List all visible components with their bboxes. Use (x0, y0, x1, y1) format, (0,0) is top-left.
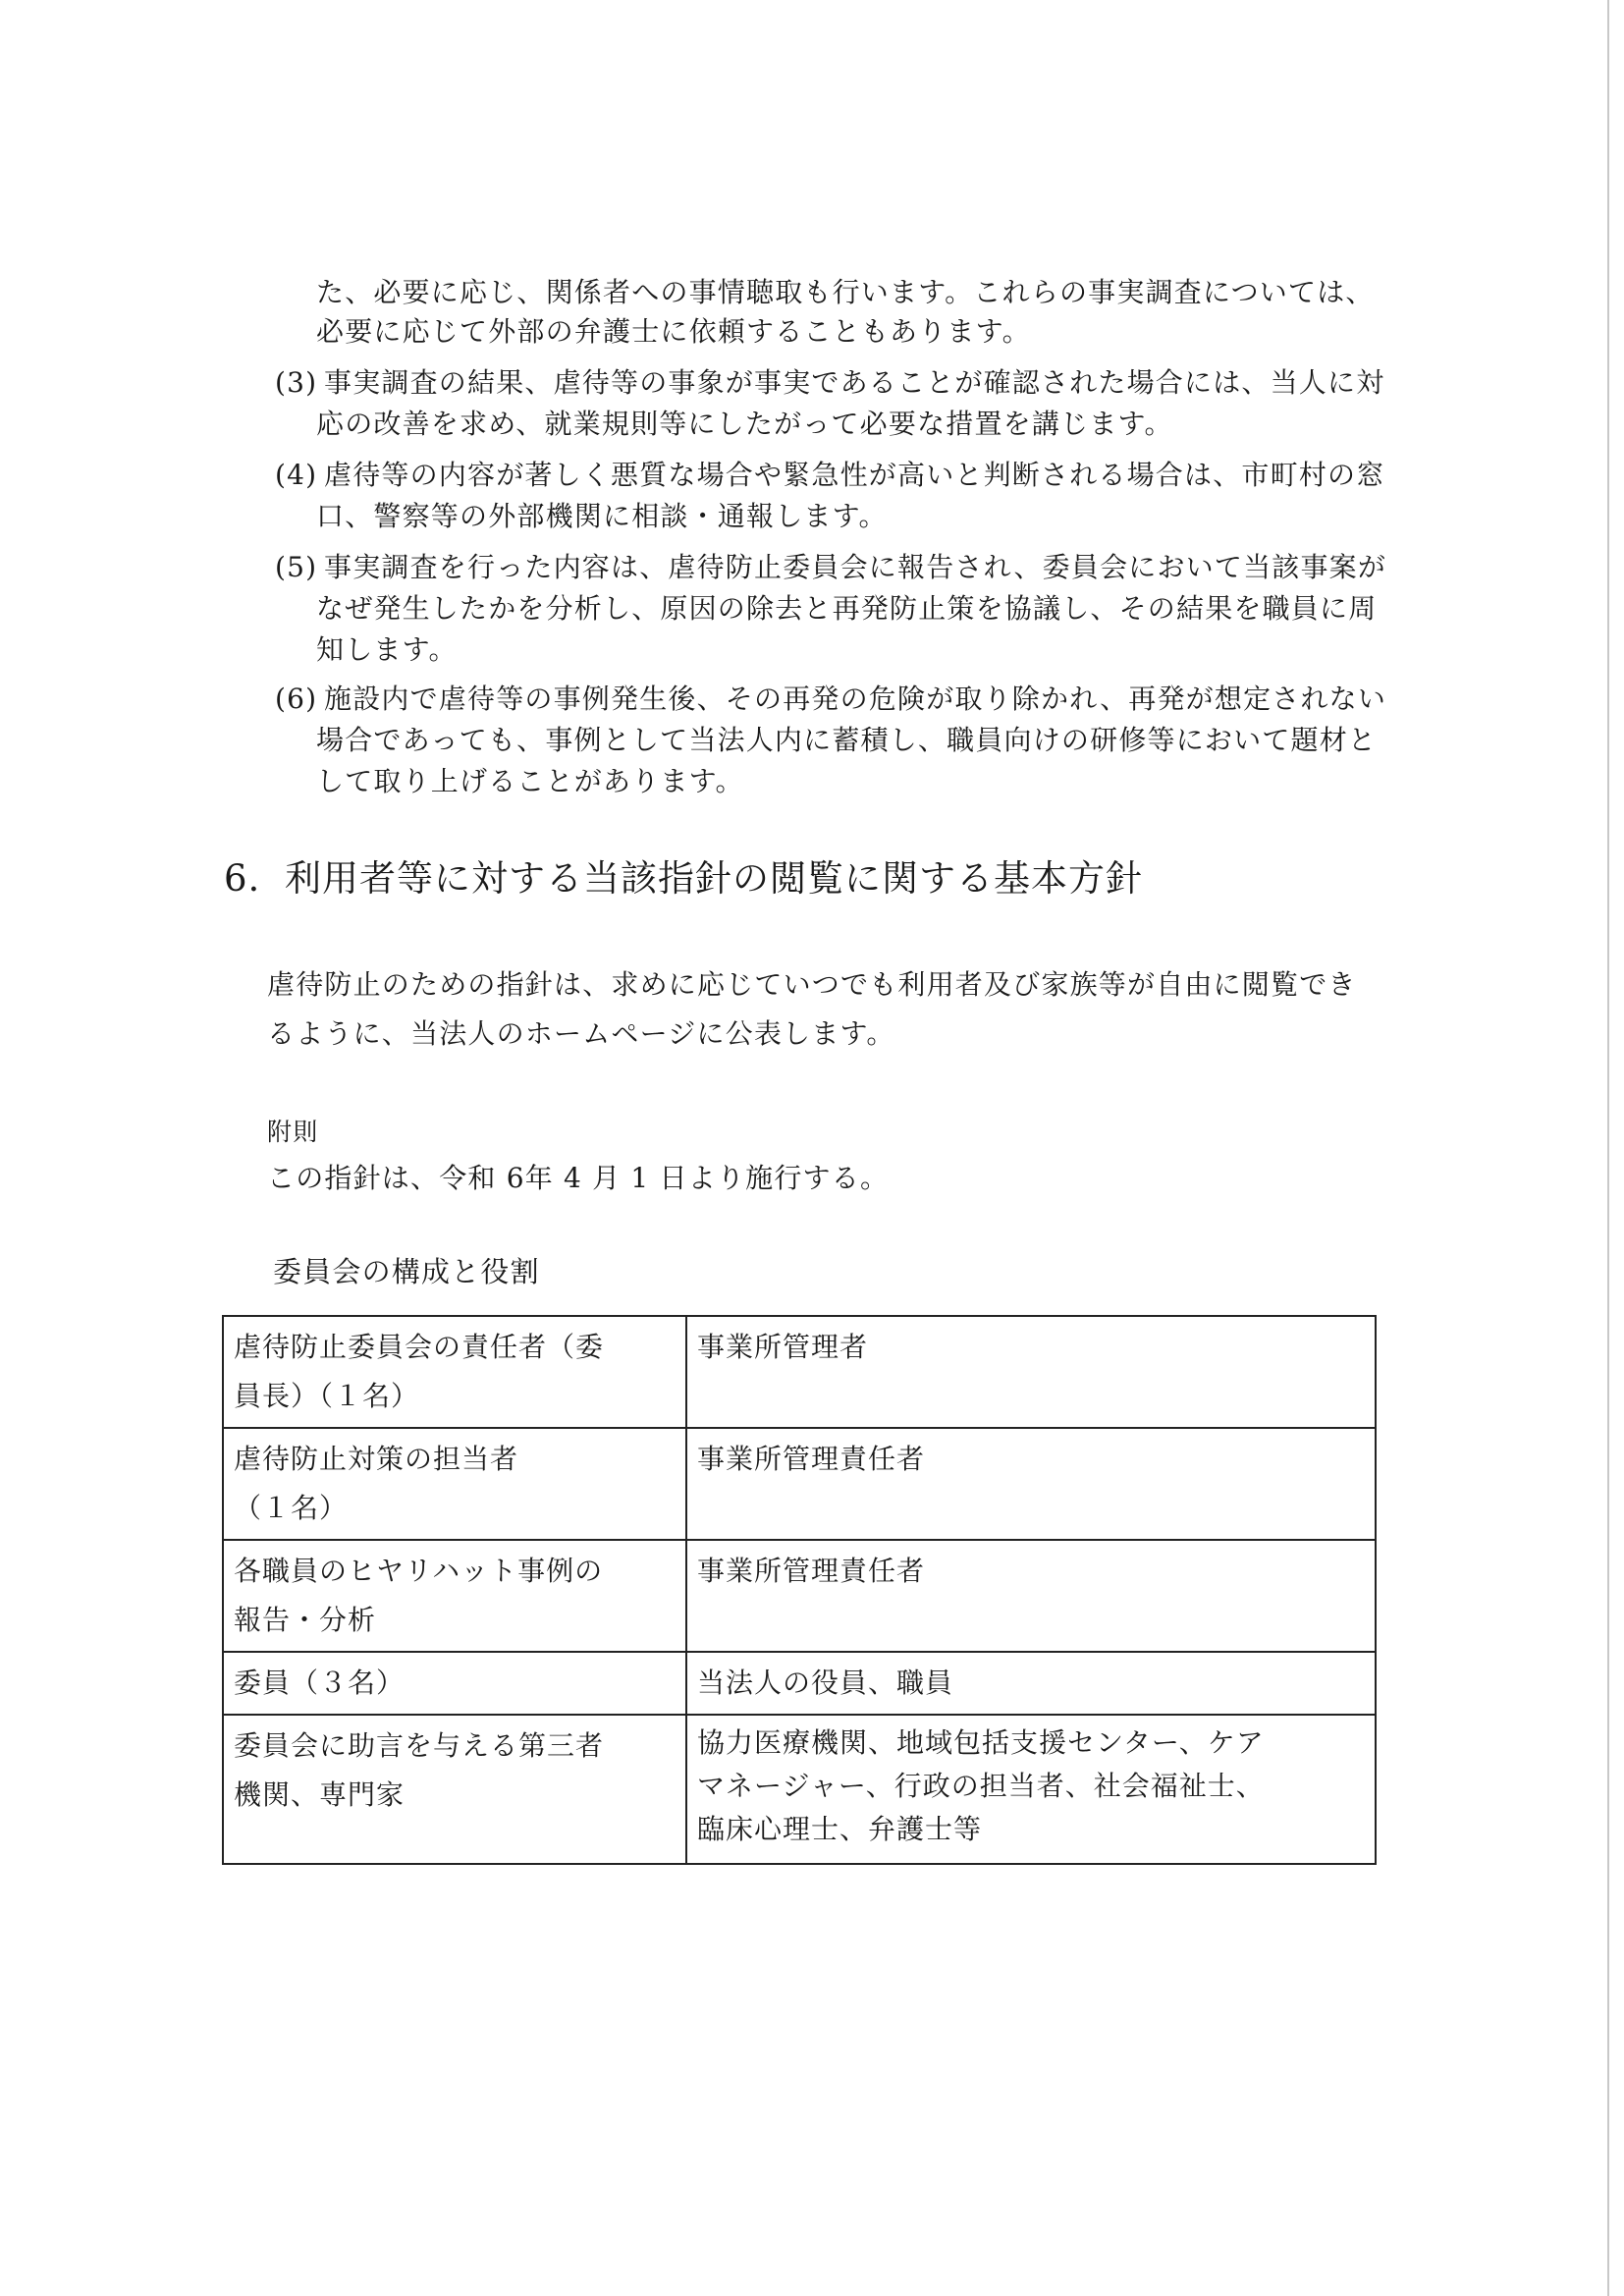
table-row: 虐待防止対策の担当者 （１名） 事業所管理責任者 (223, 1428, 1376, 1540)
text-line: なぜ発生したかを分析し、原因の除去と再発防止策を協議し、その結果を職員に周 (316, 589, 1377, 629)
cell-line: 事業所管理責任者 (697, 1547, 1365, 1596)
table-row: 委員（３名） 当法人の役員、職員 (223, 1652, 1376, 1715)
text-line: 事実調査の結果、虐待等の事象が事実であることが確認された場合には、当人に対 (324, 363, 1384, 403)
cell-line: 委員会に助言を与える第三者 (234, 1722, 676, 1771)
text-line: 知します。 (316, 630, 458, 670)
section-title: 利用者等に対する当該指針の閲覧に関する基本方針 (285, 857, 1143, 900)
supplementary-label: 附則 (267, 1113, 318, 1152)
role-cell: 虐待防止委員会の責任者（委 員長）（１名） (223, 1316, 686, 1428)
cell-line: 虐待防止対策の担当者 (234, 1435, 676, 1484)
cell-line: 機関、専門家 (234, 1771, 676, 1820)
cell-line: 事業所管理者 (697, 1323, 1365, 1372)
role-cell: 虐待防止対策の担当者 （１名） (223, 1428, 686, 1540)
cell-line: 各職員のヒヤリハット事例の (234, 1547, 676, 1596)
text-line: 事実調査を行った内容は、虐待防止委員会に報告され、委員会において当該事案が (324, 548, 1386, 587)
text-line: 必要に応じて外部の弁護士に依頼することもあります。 (316, 312, 1031, 352)
section-number: 6. (224, 856, 285, 902)
table-row: 委員会に助言を与える第三者 機関、専門家 協力医療機関、地域包括支援センター、ケ… (223, 1715, 1376, 1864)
text-line: 虐待等の内容が著しく悪質な場合や緊急性が高いと判断される場合は、市町村の窓 (324, 456, 1384, 495)
text-line: 口、警察等の外部機関に相談・通報します。 (316, 497, 888, 536)
text-line: 応の改善を求め、就業規則等にしたがって必要な措置を講じます。 (316, 405, 1173, 444)
cell-line: 当法人の役員、職員 (697, 1659, 1365, 1708)
text-line: 虐待防止のための指針は、求めに応じていつでも利用者及び家族等が自由に閲覧でき (267, 965, 1357, 1005)
assignee-cell: 協力医療機関、地域包括支援センター、ケア マネージャー、行政の担当者、社会福祉士… (686, 1715, 1376, 1864)
role-cell: 各職員のヒヤリハット事例の 報告・分析 (223, 1540, 686, 1652)
cell-line: 臨床心理士、弁護士等 (697, 1808, 1365, 1851)
cell-line: 委員（３名） (234, 1659, 676, 1708)
cell-line: 員長）（１名） (234, 1372, 676, 1421)
table-row: 虐待防止委員会の責任者（委 員長）（１名） 事業所管理者 (223, 1316, 1376, 1428)
assignee-cell: 事業所管理責任者 (686, 1540, 1376, 1652)
cell-line: （１名） (234, 1484, 676, 1533)
text-line: 場合であっても、事例として当法人内に蓄積し、職員向けの研修等において題材と (316, 721, 1377, 760)
item-number: (3) (275, 363, 317, 403)
item-number: (5) (275, 548, 317, 587)
cell-line: 虐待防止委員会の責任者（委 (234, 1323, 676, 1372)
assignee-cell: 当法人の役員、職員 (686, 1652, 1376, 1715)
item-number: (6) (275, 680, 317, 719)
scan-edge-artifact (1607, 0, 1609, 2296)
cell-line: 事業所管理責任者 (697, 1435, 1365, 1484)
role-cell: 委員会に助言を与える第三者 機関、専門家 (223, 1715, 686, 1864)
text-line: るように、当法人のホームページに公表します。 (267, 1014, 895, 1054)
committee-table-caption: 委員会の構成と役割 (273, 1252, 540, 1291)
item-number: (4) (275, 456, 317, 495)
table-row: 各職員のヒヤリハット事例の 報告・分析 事業所管理責任者 (223, 1540, 1376, 1652)
assignee-cell: 事業所管理責任者 (686, 1428, 1376, 1540)
assignee-cell: 事業所管理者 (686, 1316, 1376, 1428)
supplementary-text: この指針は、令和 6年 4 月 1 日より施行する。 (267, 1159, 889, 1198)
text-line: 施設内で虐待等の事例発生後、その再発の危険が取り除かれ、再発が想定されない (324, 680, 1386, 719)
role-cell: 委員（３名） (223, 1652, 686, 1715)
text-line: た、必要に応じ、関係者への事情聴取も行います。これらの事実調査については、 (316, 273, 1375, 312)
text-line: して取り上げることがあります。 (316, 762, 744, 801)
cell-line: 協力医療機関、地域包括支援センター、ケア (697, 1722, 1365, 1765)
cell-line: 報告・分析 (234, 1596, 676, 1645)
committee-table: 虐待防止委員会の責任者（委 員長）（１名） 事業所管理者 虐待防止対策の担当者 … (222, 1315, 1377, 1865)
section-6-heading: 6.利用者等に対する当該指針の閲覧に関する基本方針 (224, 856, 1143, 902)
cell-line: マネージャー、行政の担当者、社会福祉士、 (697, 1765, 1365, 1808)
